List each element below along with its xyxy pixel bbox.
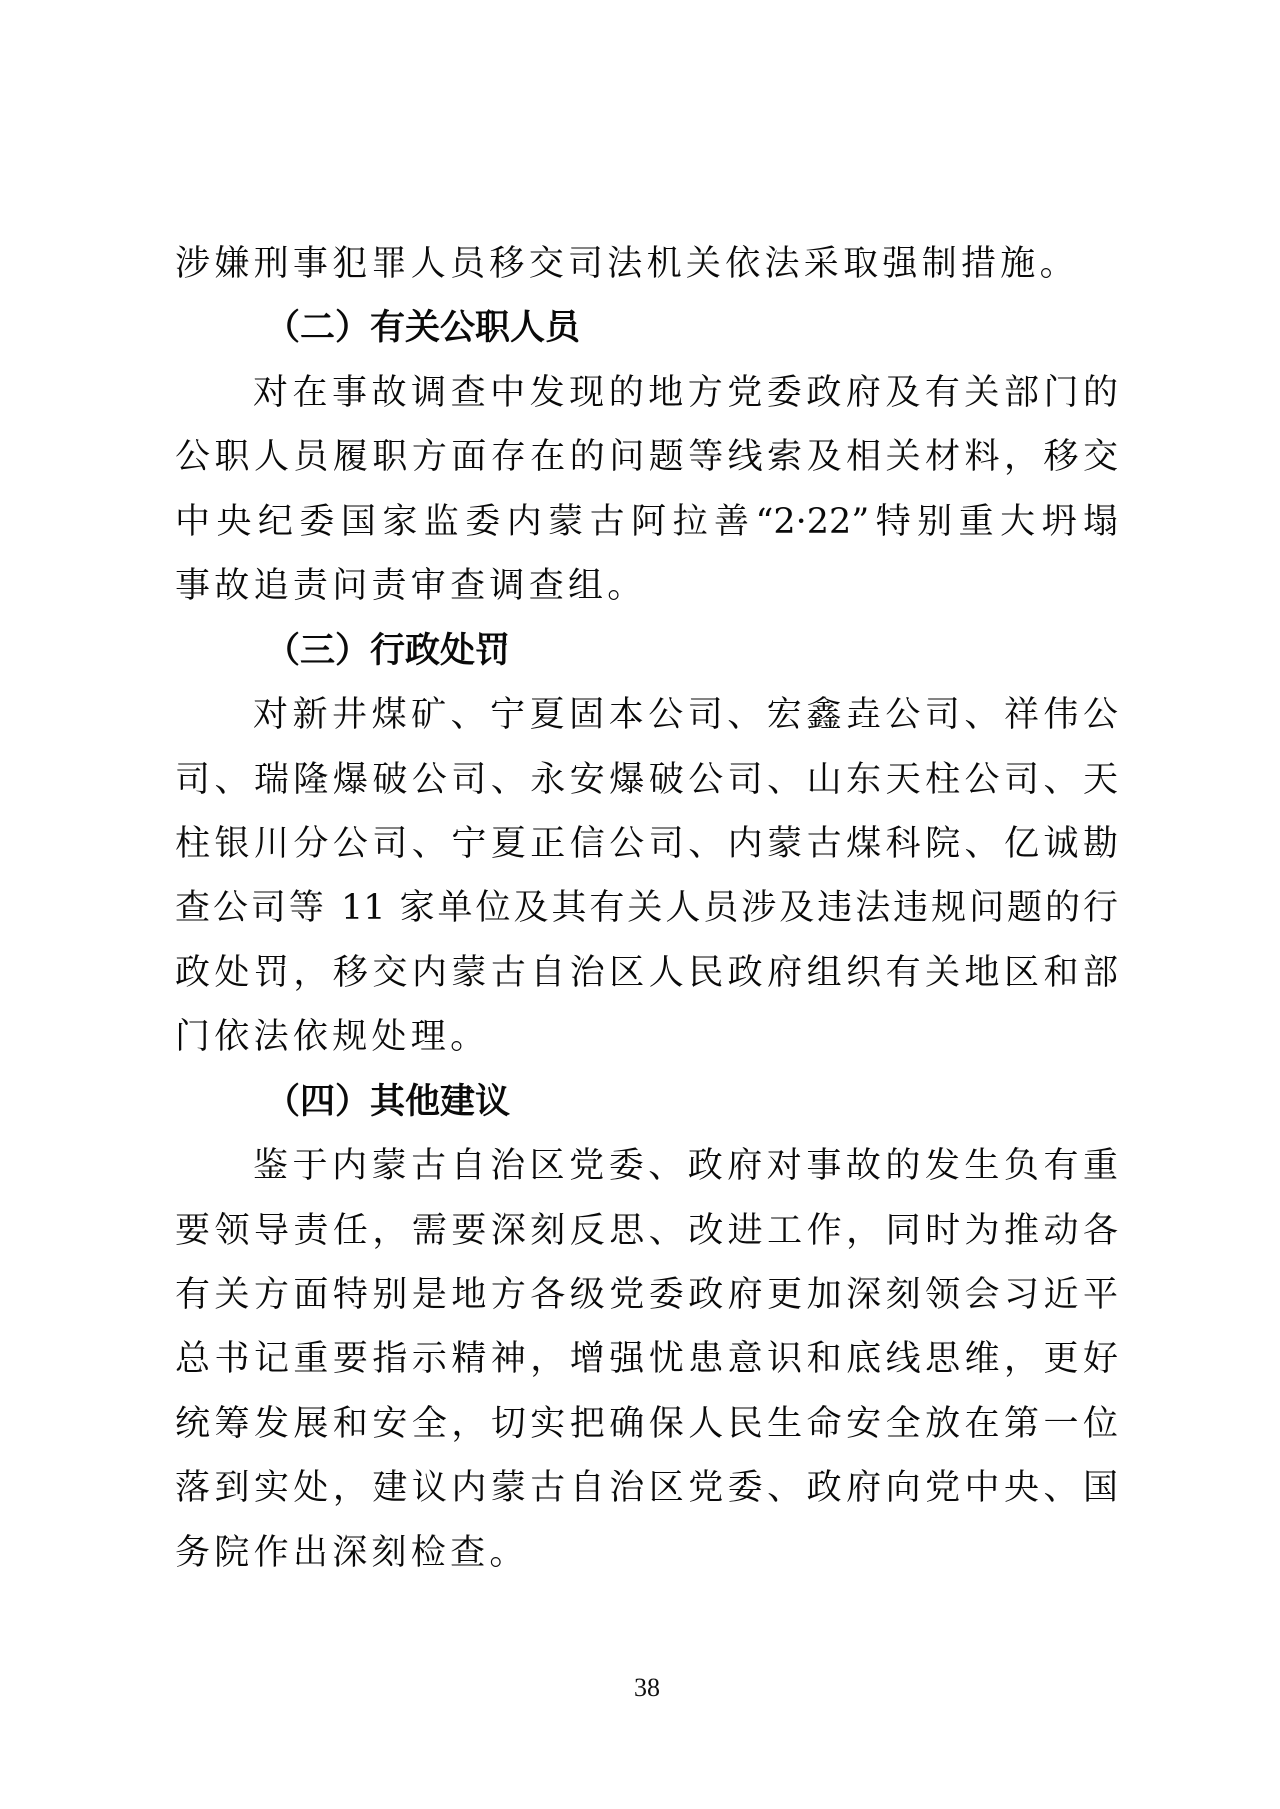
- paragraph-line: 司、瑞隆爆破公司、永安爆破公司、山东天柱公司、天: [175, 748, 1118, 812]
- paragraph-line: 公职人员履职方面存在的问题等线索及相关材料，移交: [175, 425, 1118, 489]
- paragraph-line: 政处罚，移交内蒙古自治区人民政府组织有关地区和部: [175, 941, 1118, 1005]
- paragraph-line: 鉴于内蒙古自治区党委、政府对事故的发生负有重: [175, 1134, 1118, 1198]
- document-body: 涉嫌刑事犯罪人员移交司法机关依法采取强制措施。 （二）有关公职人员 对在事故调查…: [175, 232, 1118, 1585]
- section-heading-administrative-penalty: （三）行政处罚: [175, 619, 1118, 683]
- paragraph-line: 涉嫌刑事犯罪人员移交司法机关依法采取强制措施。: [175, 232, 1118, 296]
- paragraph-line: 门依法依规处理。: [175, 1005, 1118, 1069]
- paragraph-line: 落到实处，建议内蒙古自治区党委、政府向党中央、国: [175, 1456, 1118, 1520]
- paragraph-administrative-penalty: 对新井煤矿、宁夏固本公司、宏鑫垚公司、祥伟公 司、瑞隆爆破公司、永安爆破公司、山…: [175, 683, 1118, 1070]
- paragraph-line: 总书记重要指示精神，增强忧患意识和底线思维，更好: [175, 1327, 1118, 1391]
- paragraph-line: 查公司等 11 家单位及其有关人员涉及违法违规问题的行: [175, 876, 1118, 940]
- paragraph-line: 要领导责任，需要深刻反思、改进工作，同时为推动各: [175, 1199, 1118, 1263]
- paragraph-other-suggestions: 鉴于内蒙古自治区党委、政府对事故的发生负有重 要领导责任，需要深刻反思、改进工作…: [175, 1134, 1118, 1585]
- section-heading-other-suggestions: （四）其他建议: [175, 1070, 1118, 1134]
- section-heading-public-officials: （二）有关公职人员: [175, 296, 1118, 360]
- paragraph-line: 对新井煤矿、宁夏固本公司、宏鑫垚公司、祥伟公: [175, 683, 1118, 747]
- paragraph-line: 中央纪委国家监委内蒙古阿拉善“2·22”特别重大坍塌: [175, 490, 1118, 554]
- page-number: 38: [597, 1672, 697, 1704]
- document-page: 涉嫌刑事犯罪人员移交司法机关依法采取强制措施。 （二）有关公职人员 对在事故调查…: [0, 0, 1280, 1809]
- paragraph-line: 对在事故调查中发现的地方党委政府及有关部门的: [175, 361, 1118, 425]
- paragraph-public-officials: 对在事故调查中发现的地方党委政府及有关部门的 公职人员履职方面存在的问题等线索及…: [175, 361, 1118, 619]
- paragraph-line: 务院作出深刻检查。: [175, 1521, 1118, 1585]
- paragraph-line: 有关方面特别是地方各级党委政府更加深刻领会习近平: [175, 1263, 1118, 1327]
- paragraph-line: 事故追责问责审查调查组。: [175, 554, 1118, 618]
- paragraph-line: 柱银川分公司、宁夏正信公司、内蒙古煤科院、亿诚勘: [175, 812, 1118, 876]
- paragraph-continuation: 涉嫌刑事犯罪人员移交司法机关依法采取强制措施。: [175, 232, 1118, 296]
- paragraph-line: 统筹发展和安全，切实把确保人民生命安全放在第一位: [175, 1392, 1118, 1456]
